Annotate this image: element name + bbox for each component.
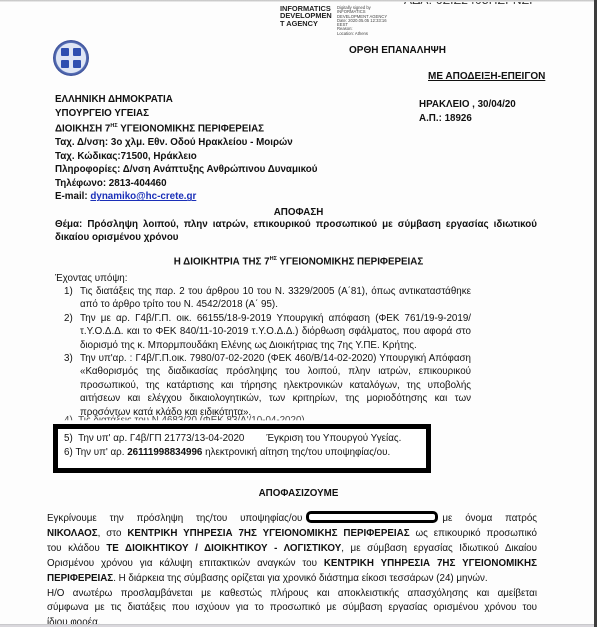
body-line: σύμφωνα με τις διατάξεις που ισχύουν για… <box>47 601 537 616</box>
email-link[interactable]: dynamiko@hc-crete.gr <box>90 191 196 202</box>
greek-coat-of-arms-icon <box>53 40 89 76</box>
republic-label: ΕΛΛΗΝΙΚΗ ΔΗΜΟΚΡΑΤΙΑ <box>55 93 318 107</box>
body-line: Εγκρίνουμε την πρόσληψη της/του υποψηφία… <box>47 511 537 527</box>
body-line: Η/Ο ανωτέρω προσλαμβάνεται με καθεστώς π… <box>47 587 537 602</box>
considering-label: Έχοντας υπόψη: <box>55 273 127 284</box>
list-item: 5) Την υπ' αρ. Γ4β/ΓΠ 21773/13-04-2020Έγ… <box>64 433 401 444</box>
place-date-block: ΗΡΑΚΛΕΙΟ , 30/04/20 Α.Π.: 18926 <box>419 98 516 125</box>
body-line: του κλάδου ΤΕ ΔΙΟΙΚΗΤΙΚΟΥ / ΔΙΟΙΚΗΤΙΚΟΥ … <box>47 542 537 557</box>
top-edge <box>0 0 597 2</box>
decision-title: ΑΠΟΦΑΣΗ <box>0 207 597 218</box>
address-line: Ταχ. Δ/νση: 3ο χλμ. Εθν. Οδού Ηρακλείου … <box>55 136 318 150</box>
place-date: ΗΡΑΚΛΕΙΟ , 30/04/20 <box>419 98 516 112</box>
protocol-number: Α.Π.: 18926 <box>419 112 516 126</box>
list-item: 6) Την υπ' αρ. 26111998834996 ηλεκτρονικ… <box>64 447 390 458</box>
orthi-epanalipsi-label: ΟΡΘΗ ΕΠΑΝΑΛΗΨΗ <box>349 45 446 56</box>
phone-line: Τηλέφωνο: 2813-404460 <box>55 177 318 191</box>
info-line: Πληροφορίες: Δ/νση Ανάπτυξης Ανθρώπινου … <box>55 163 318 177</box>
signature-meta: Digitally signed by INFORMATICS DEVELOPM… <box>337 6 387 36</box>
director-title: Η ΔΙΟΙΚΗΤΡΙΑ ΤΗΣ 7ΗΣ ΥΓΕΙΟΝΟΜΙΚΗΣ ΠΕΡΙΦΕ… <box>0 256 597 267</box>
document-page: ΑΔΑ: 6ΣΙΖ2405ΗΖΙ-ΝΖΓ INFORMATICS DEVELOP… <box>0 0 594 624</box>
body-line: ΠΕΡΙΦΕΡΕΙΑΣ. Η διάρκεια της σύμβασης ορί… <box>47 572 537 587</box>
directorate-label: ΔΙΟΙΚΗΣΗ 7ΗΣ ΥΓΕΙΟΝΟΜΙΚΗΣ ΠΕΡΙΦΕΡΕΙΑΣ <box>55 120 318 136</box>
subject-line: Θέμα: Πρόσληψη λοιπού, πλην ιατρών, επικ… <box>55 218 537 245</box>
we-decide-title: ΑΠΟΦΑΣΙΖΟΥΜΕ <box>0 488 597 499</box>
signature-signer: INFORMATICS DEVELOPMEN T AGENCY <box>280 5 332 27</box>
ministry-label: ΥΠΟΥΡΓΕΙΟ ΥΓΕΙΑΣ <box>55 107 318 121</box>
body-line: Ορισμένου χρόνου για κάλυψη επιτακτικών … <box>47 557 537 572</box>
body-line: ΝΙΚΟΛΑΟΣ, στο ΚΕΝΤΡΙΚΗ ΥΠΗΡΕΣΙΑ 7ΗΣ ΥΓΕΙ… <box>47 527 537 542</box>
delivery-label: ΜΕ ΑΠΟΔΕΙΞΗ-ΕΠΕΙΓΟΝ <box>428 71 545 82</box>
email-line: E-mail: dynamiko@hc-crete.gr <box>55 190 318 204</box>
redacted-name <box>306 511 438 523</box>
sender-header: ΕΛΛΗΝΙΚΗ ΔΗΜΟΚΡΑΤΙΑ ΥΠΟΥΡΓΕΙΟ ΥΓΕΙΑΣ ΔΙΟ… <box>55 93 318 204</box>
signer-line: T AGENCY <box>280 20 332 27</box>
sig-meta-line: Location: Athens <box>337 32 387 36</box>
postal-line: Ταχ. Κώδικας:71500, Ηράκλειο <box>55 150 318 164</box>
decision-body: Εγκρίνουμε την πρόσληψη της/του υποψηφία… <box>47 511 537 627</box>
application-number: 26111998834996 <box>127 447 202 458</box>
